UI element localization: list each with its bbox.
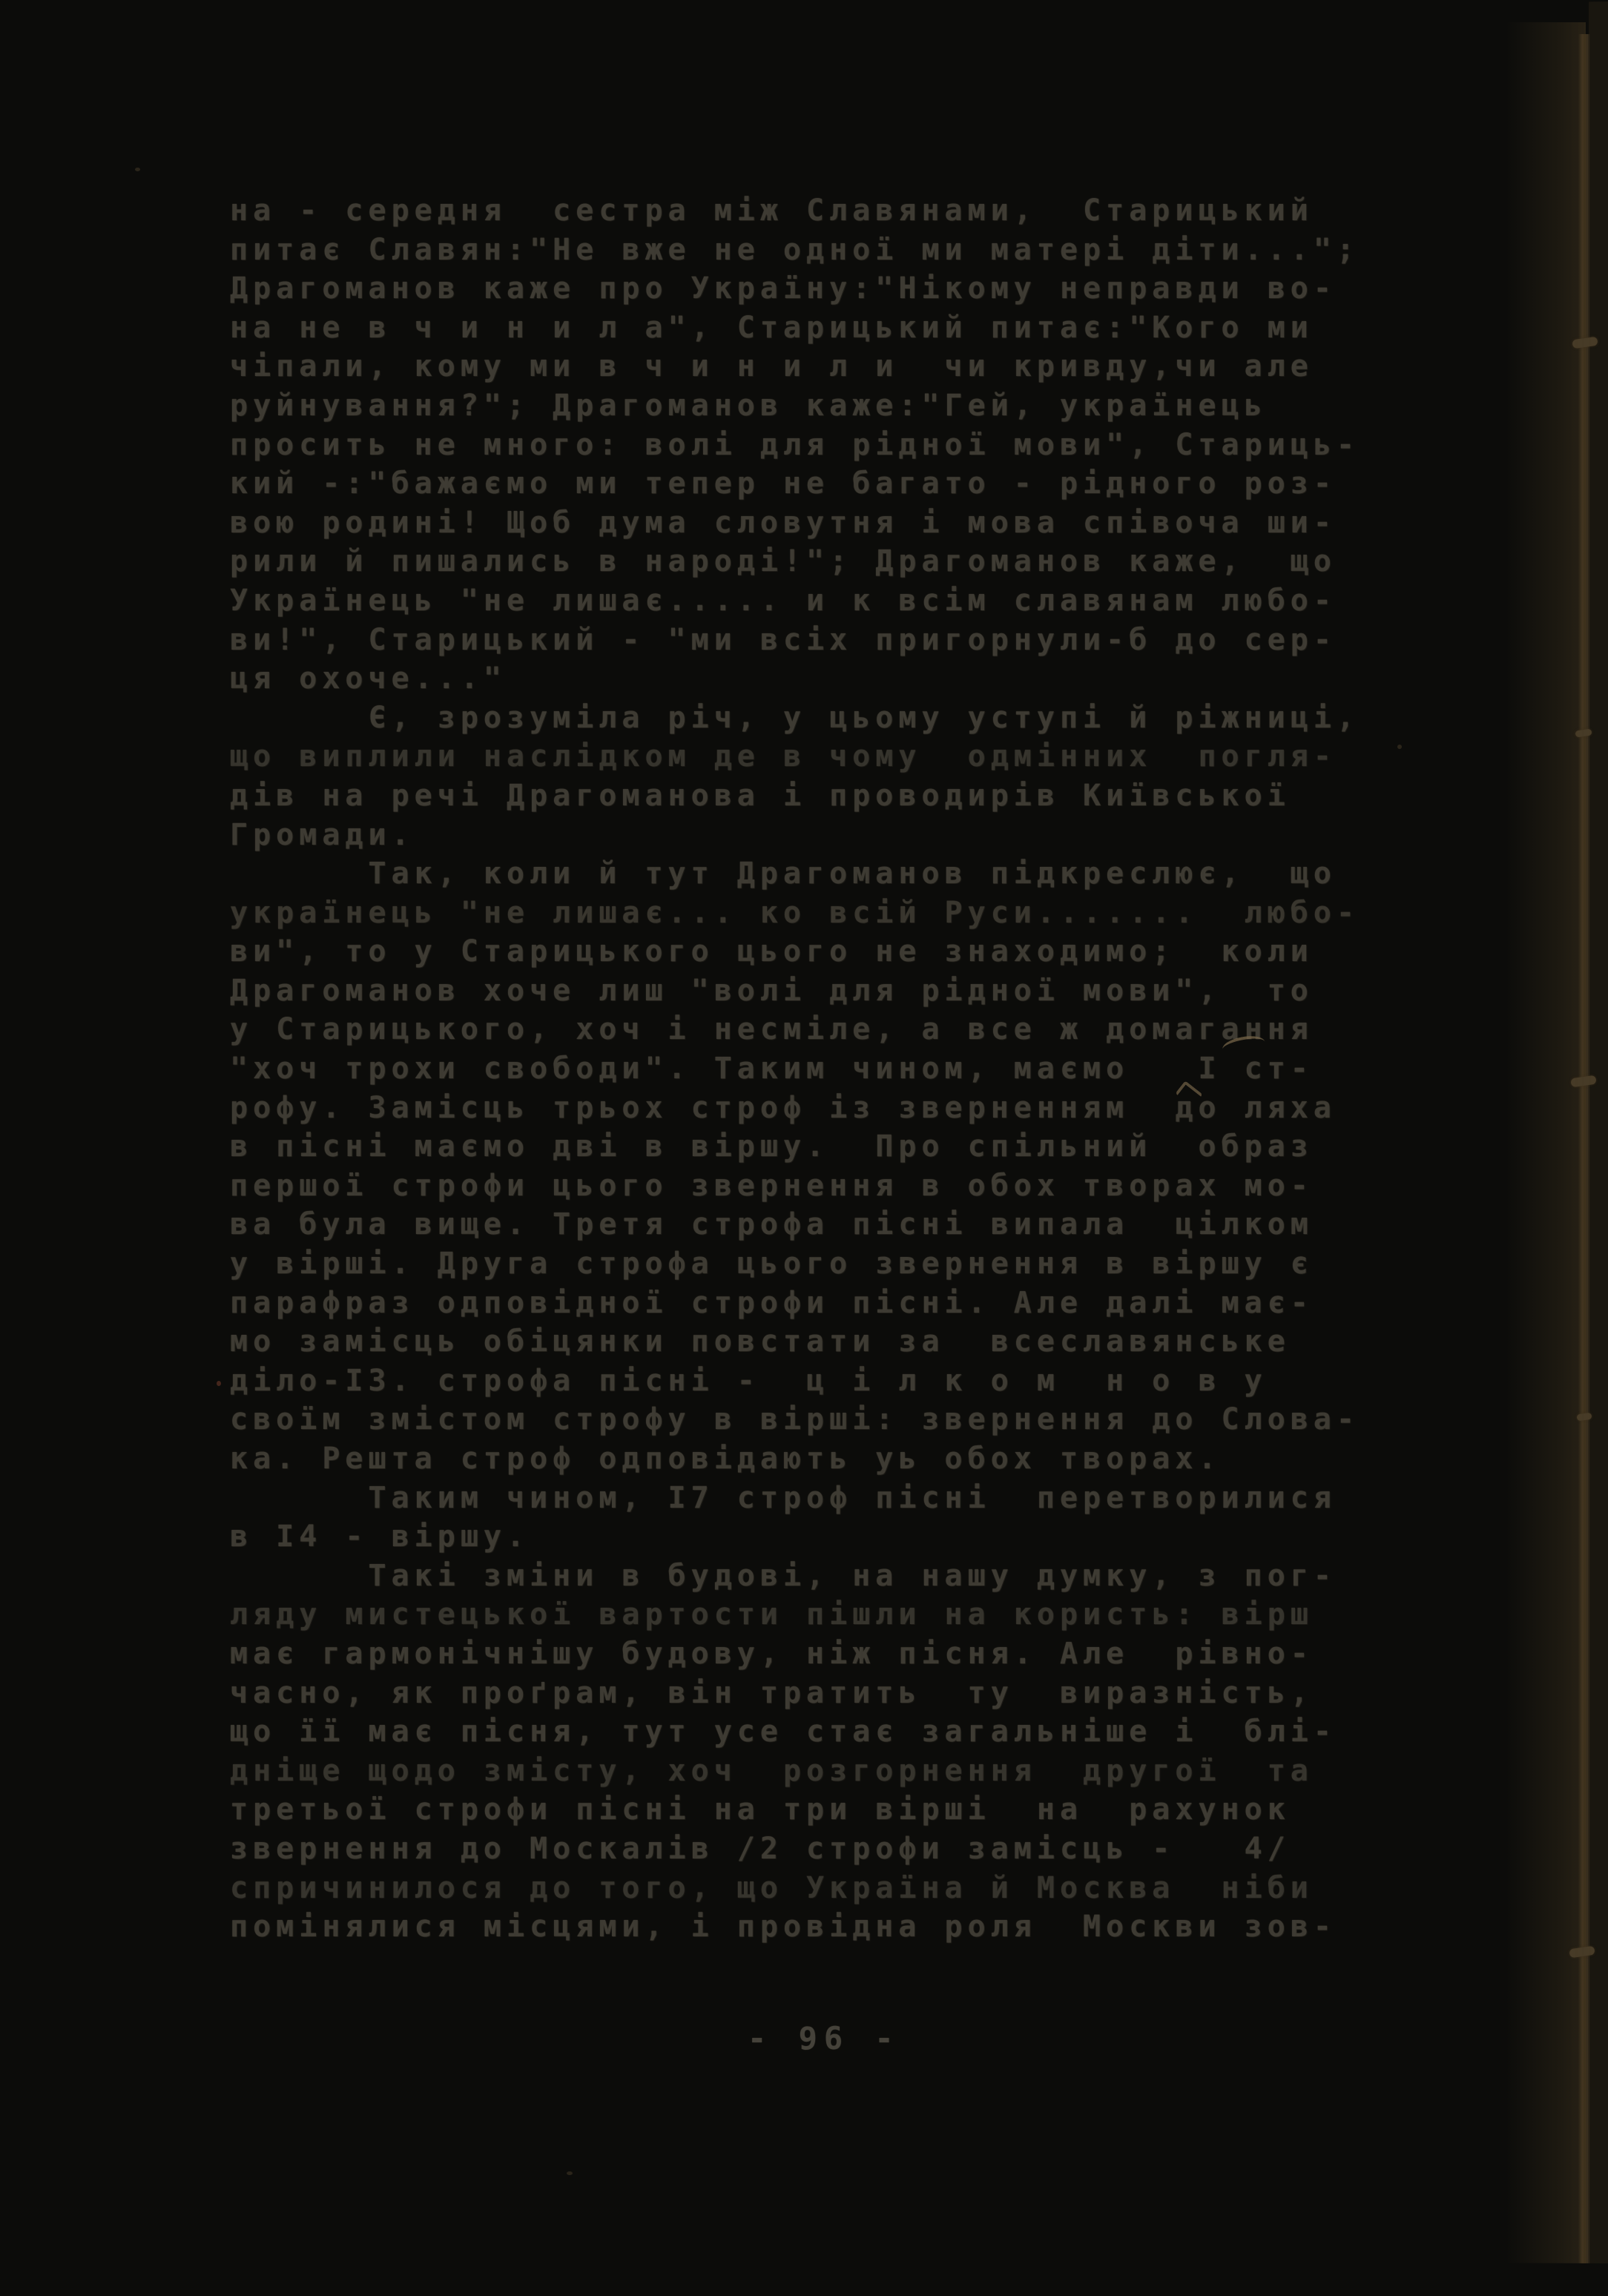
text-line: діло-І3. строфа пісні - ц і л к о м н о …	[230, 1362, 1431, 1401]
text-line: кий -:"бажаємо ми тепер не багато - рідн…	[230, 464, 1431, 504]
scan-speck	[1397, 745, 1402, 749]
text-line: Є, зрозуміла річ, у цьому уступі й ріжни…	[230, 699, 1431, 738]
text-line: часно, як проґрам, він тратить ту виразн…	[230, 1674, 1431, 1713]
text-line: Драгоманов каже про Україну:"Нікому непр…	[230, 269, 1431, 309]
text-line: у Старицького, хоч і несміле, а все ж до…	[230, 1010, 1431, 1049]
pencil-annotation	[1175, 1081, 1202, 1107]
text-line: дніще щодо змісту, хоч розгорнення друго…	[230, 1752, 1431, 1791]
text-line: Так, коли й тут Драгоманов підкреслює, щ…	[230, 854, 1431, 894]
text-line: на - середня сестра між Славянами, Стари…	[230, 191, 1431, 231]
text-line: українець "не лишає... ко всій Руси.....…	[230, 894, 1431, 933]
text-line: на не в ч и н и л а", Старицький питає:"…	[230, 309, 1431, 348]
text-line: Такі зміни в будові, на нашу думку, з по…	[230, 1557, 1431, 1596]
text-line: вою родині! Щоб дума словутня і мова спі…	[230, 504, 1431, 543]
text-line: ляду мистецької вартости пішли на корист…	[230, 1595, 1431, 1634]
text-line: ви", то у Старицького цього не знаходимо…	[230, 932, 1431, 971]
text-line: звернення до Москалів /2 строфи замісць …	[230, 1830, 1431, 1869]
text-line: що її має пісня, тут усе стає загальніше…	[230, 1712, 1431, 1752]
text-line: ця охоче..."	[230, 659, 1431, 699]
page-fold-edge	[1589, 0, 1608, 2296]
text-line: спричинилося до того, що Україна й Москв…	[230, 1869, 1431, 1908]
text-line: у вірші. Друга строфа цього звернення в …	[230, 1244, 1431, 1284]
text-line: має гармонічнішу будову, ніж пісня. Але …	[230, 1634, 1431, 1674]
text-line: першої строфи цього звернення в обох тво…	[230, 1167, 1431, 1206]
text-line: дів на речі Драгоманова і проводирів Киї…	[230, 776, 1431, 816]
text-line: ви!", Старицький - "ми всіх пригорнули-б…	[230, 621, 1431, 660]
binding-stitch	[1569, 1946, 1595, 1959]
text-line: рили й пишались в народі!"; Драгоманов к…	[230, 542, 1431, 581]
page-number: - 96 -	[748, 2020, 900, 2056]
text-line: парафраз одповідної строфи пісні. Але да…	[230, 1284, 1431, 1323]
text-line: що виплили наслідком де в чому одмінних …	[230, 737, 1431, 776]
scan-speck	[135, 168, 140, 171]
text-line: своїм змістом строфу в вірші: звернення …	[230, 1400, 1431, 1439]
text-line: помінялися місцями, і провідна роля Моск…	[230, 1907, 1431, 1947]
text-line: рофу. Замісць трьох строф із зверненням …	[230, 1089, 1431, 1128]
text-line: Таким чином, І7 строф пісні перетворилис…	[230, 1479, 1431, 1518]
pencil-annotation	[1221, 1032, 1267, 1059]
binding-stitch	[1570, 1075, 1596, 1088]
scan-speck	[567, 2171, 573, 2175]
binding-stitch	[1572, 337, 1598, 349]
binding-stitch	[1575, 729, 1592, 738]
text-line: ва була вище. Третя строфа пісні випала …	[230, 1205, 1431, 1244]
scan-speck	[217, 1381, 221, 1386]
typewritten-text: на - середня сестра між Славянами, Стари…	[230, 191, 1431, 1947]
text-line: ка. Решта строф одповідають уь обох твор…	[230, 1439, 1431, 1479]
binding-shadow	[1506, 22, 1586, 2274]
paper-sheet: на - середня сестра між Славянами, Стари…	[0, 0, 1608, 2296]
text-line: Громади.	[230, 816, 1431, 855]
text-line: Драгоманов хоче лиш "волі для рідної мов…	[230, 971, 1431, 1011]
binding-stitch	[1576, 1413, 1592, 1422]
text-line: "хоч трохи свободи". Таким чином, маємо …	[230, 1049, 1431, 1089]
text-line: питає Славян:"Не вже не одної ми матері …	[230, 231, 1431, 270]
text-line: в І4 - віршу.	[230, 1517, 1431, 1557]
binding-crease	[1578, 34, 1590, 2269]
text-line: Українець "не лишає..... и к всім славян…	[230, 581, 1431, 621]
text-line: в пісні маємо дві в віршу. Про спільний …	[230, 1127, 1431, 1167]
text-line: руйнування?"; Драгоманов каже:"Гей, укра…	[230, 386, 1431, 426]
text-line: мо замісць обіцянки повстати за всеславя…	[230, 1322, 1431, 1362]
text-line: просить не много: волі для рідної мови",…	[230, 426, 1431, 465]
text-line: чіпали, кому ми в ч и н и л и чи кривду,…	[230, 347, 1431, 386]
text-line: третьої строфи пісні на три вірші на рах…	[230, 1790, 1431, 1830]
